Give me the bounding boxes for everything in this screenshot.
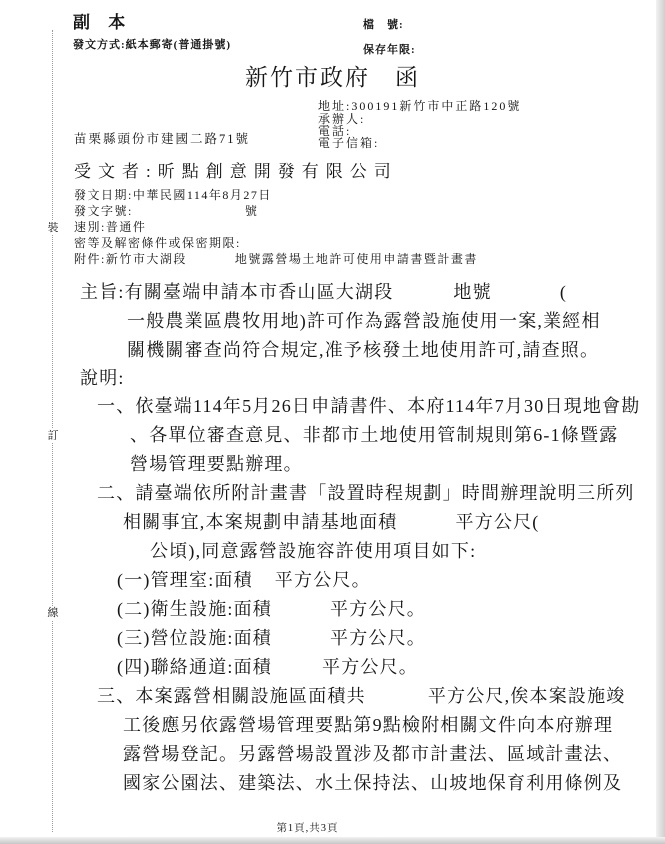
redacted-blank <box>393 297 453 298</box>
body-line: 主旨:有關臺端申請本市香山區大湖段地號( <box>80 278 567 304</box>
doc-number-unit: 號 <box>245 204 259 218</box>
redacted-blank <box>253 585 275 586</box>
recipient-address: 苗栗縣頭份市建國二路71號 <box>74 129 250 147</box>
body-line: 二、請臺端依所附計畫書「設置時程規劃」時間辦理說明三所列 <box>97 479 635 505</box>
text-run: 平方公尺。 <box>275 570 371 590</box>
text-run: (四)聯絡通道:面積 <box>117 657 272 677</box>
security-line: 密等及解密條件或保密期限: <box>74 234 241 251</box>
text-run: (二)衛生設施:面積 <box>117 599 272 619</box>
text-run: 平方公尺。 <box>322 657 418 677</box>
body-line: (三)營位設施:面積平方公尺。 <box>117 624 426 650</box>
body-line: 工後應另依露營場管理要點第9點檢附相關文件向本府辦理 <box>123 711 613 737</box>
redacted-blank <box>133 214 245 215</box>
text-run: 工後應另依露營場管理要點第9點檢附相關文件向本府辦理 <box>123 715 613 735</box>
attachment-prefix: 附件:新竹市大湖段 <box>74 252 187 266</box>
text-run: 露營場登記。另露營場設置涉及都市計畫法、區域計畫法、 <box>123 744 622 764</box>
copy-stamp: 副 本 <box>73 8 132 33</box>
body-line: 相關事宜,本案規劃申請基地面積平方公尺( <box>123 508 540 534</box>
text-run: 平方公尺( <box>456 512 540 532</box>
attachment-line: 附件:新竹市大湖段地號露營場土地許可使用申請書暨計畫書 <box>74 250 478 267</box>
retention-label: 保存年限: <box>363 41 416 57</box>
redacted-blank <box>366 701 428 702</box>
text-run: 一般農業區農牧用地)許可作為露營設施使用一案,業經相 <box>127 311 601 331</box>
text-run: 主旨:有關臺端申請本市香山區大湖段 <box>80 282 393 302</box>
redacted-blank <box>492 297 560 298</box>
text-run: 國家公園法、建築法、水土保持法、山坡地保育利用條例及 <box>123 773 622 793</box>
text-run: ( <box>560 282 567 302</box>
binding-mark-xian: 線 <box>45 606 61 620</box>
issue-date: 發文日期:中華民國114年8月27日 <box>74 186 272 203</box>
body-line: 一、依臺端114年5月26日申請書件、本府114年7月30日現地會勘 <box>97 392 640 418</box>
text-run: 營場管理要點辦理。 <box>130 454 303 474</box>
scan-edge-bottom <box>0 837 665 844</box>
text-run: 、各單位審查意見、非都市土地使用管制規則第6-1條暨露 <box>130 425 618 445</box>
body-line: (一)管理室:面積平方公尺。 <box>117 566 371 592</box>
recipient-line: 受文者:昕點創意開發有限公司 <box>74 157 398 182</box>
text-run: 相關事宜,本案規劃申請基地面積 <box>123 512 398 532</box>
body-line: 關機關審查尚符合規定,准予核發土地使用許可,請查照。 <box>127 336 599 362</box>
body-line: 一般農業區農牧用地)許可作為露營設施使用一案,業經相 <box>127 307 601 333</box>
text-run: 說明: <box>80 368 125 388</box>
text-run: 地號 <box>453 282 491 302</box>
page-footer: 第1頁,共3頁 <box>0 820 615 835</box>
doc-number-line: 發文字號:號 <box>74 202 258 219</box>
redacted-blank <box>272 643 330 644</box>
text-run: 公頃),同意露營設施容許使用項目如下: <box>150 541 476 561</box>
body-line: 三、本案露營相關設施區面積共平方公尺,俟本案設施竣 <box>97 682 626 708</box>
redacted-blank <box>187 262 235 263</box>
text-run: 三、本案露營相關設施區面積共 <box>97 686 366 706</box>
body-line: 說明: <box>80 364 125 390</box>
body-line: 露營場登記。另露營場設置涉及都市計畫法、區域計畫法、 <box>123 740 622 766</box>
doc-number-label: 發文字號: <box>74 204 133 218</box>
text-run: 一、依臺端114年5月26日申請書件、本府114年7月30日現地會勘 <box>97 396 640 416</box>
delivery-method: 發文方式:紙本郵寄(普通掛號) <box>73 36 231 52</box>
text-run: 關機關審查尚符合規定,准予核發土地使用許可,請查照。 <box>127 340 599 360</box>
body-line: 、各單位審查意見、非都市土地使用管制規則第6-1條暨露 <box>130 421 618 447</box>
attachment-suffix: 地號露營場土地許可使用申請書暨計畫書 <box>235 252 478 266</box>
file-number-label: 檔 號: <box>363 16 404 32</box>
text-run: 二、請臺端依所附計畫書「設置時程規劃」時間辦理說明三所列 <box>97 483 635 503</box>
official-letter-page: 裝 訂 線 副 本 檔 號: 發文方式:紙本郵寄(普通掛號) 保存年限: 新竹市… <box>0 0 665 844</box>
binding-mark-ding: 訂 <box>45 429 61 443</box>
redacted-blank <box>398 527 456 528</box>
redacted-blank <box>272 672 322 673</box>
binding-mark-zhuang: 裝 <box>45 221 61 235</box>
text-run: 平方公尺。 <box>330 628 426 648</box>
body-line: (四)聯絡通道:面積平方公尺。 <box>117 653 418 679</box>
scan-edge-right <box>656 0 665 844</box>
text-run: 平方公尺。 <box>330 599 426 619</box>
text-run: 平方公尺,俟本案設施竣 <box>428 686 626 706</box>
document-title: 新竹市政府 函 <box>0 59 665 92</box>
email-label: 電子信箱: <box>318 134 379 151</box>
redacted-blank <box>272 614 330 615</box>
body-line: (二)衛生設施:面積平方公尺。 <box>117 595 426 621</box>
speed-line: 速別:普通件 <box>74 218 146 235</box>
body-line: 國家公園法、建築法、水土保持法、山坡地保育利用條例及 <box>123 769 622 795</box>
body-line: 營場管理要點辦理。 <box>130 450 303 476</box>
text-run: (三)營位設施:面積 <box>117 628 272 648</box>
text-run: (一)管理室:面積 <box>117 570 253 590</box>
body-line: 公頃),同意露營設施容許使用項目如下: <box>150 537 476 563</box>
